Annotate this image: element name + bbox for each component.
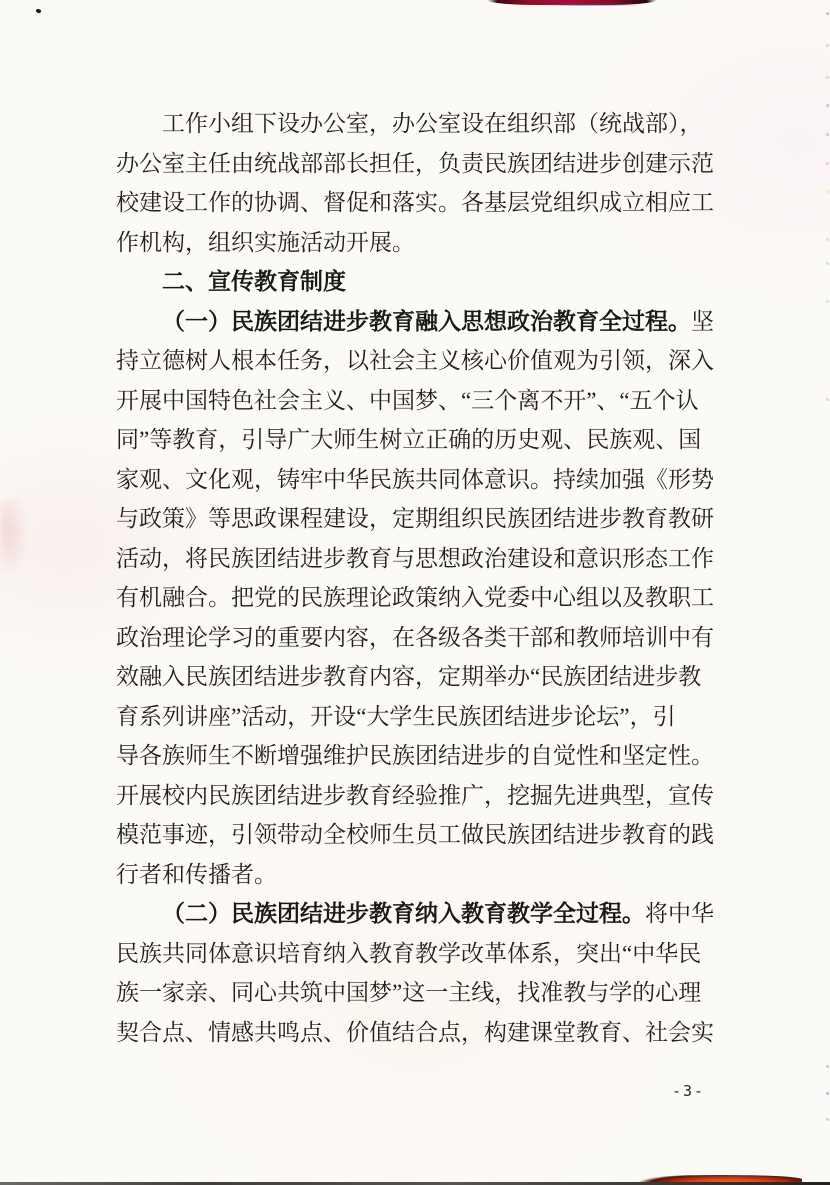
text-segment: 效融入民族团结进步教育内容，定期举办“民族团结进步教 xyxy=(116,664,701,689)
text-segment: 活动，将民族团结进步教育与思想政治建设和意识形态工作 xyxy=(116,546,714,571)
text-line: 开展中国特色社会主义、中国梦、“三个离不开”、“五个认 xyxy=(116,381,724,421)
text-segment: 行者和传播者。 xyxy=(116,862,277,887)
scan-noise-speck xyxy=(826,162,829,165)
text-line: 导各族师生不断增强维护民族团结进步的自觉性和坚定性。 xyxy=(116,736,724,776)
scan-noise-speck xyxy=(826,76,829,79)
text-line: 效融入民族团结进步教育内容，定期举办“民族团结进步教 xyxy=(116,657,724,697)
scan-edge-red-streak xyxy=(487,0,657,5)
text-line: （一）民族团结进步教育融入思想政治教育全过程。坚 xyxy=(116,302,724,342)
text-line: 活动，将民族团结进步教育与思想政治建设和意识形态工作 xyxy=(116,539,724,579)
text-line: 行者和传播者。 xyxy=(116,855,724,895)
text-segment: 导各族师生不断增强维护民族团结进步的自觉性和坚定性。 xyxy=(116,743,714,768)
text-line: 工作小组下设办公室，办公室设在组织部（统战部）， xyxy=(116,104,724,144)
scan-noise-speck xyxy=(826,300,829,303)
text-segment: 开展校内民族团结进步教育经验推广，挖掘先进典型，宣传 xyxy=(116,783,714,808)
text-segment: 同”等教育，引导广大师生树立正确的历史观、民族观、国 xyxy=(116,427,701,452)
scan-noise-speck xyxy=(826,398,829,401)
text-line: 与政策》等思政课程建设，定期组织民族团结进步教育教研 xyxy=(116,499,724,539)
text-segment: 将中华 xyxy=(645,901,714,926)
text-line: 作机构，组织实施活动开展。 xyxy=(116,223,724,263)
scan-noise-speck xyxy=(826,238,829,241)
page-number: -3- xyxy=(672,1082,705,1100)
document-body: 工作小组下设办公室，办公室设在组织部（统战部），办公室主任由统战部部长担任，负责… xyxy=(116,104,724,1052)
text-line: 办公室主任由统战部部长担任，负责民族团结进步创建示范 xyxy=(116,144,724,184)
scan-noise-speck xyxy=(826,44,829,47)
text-line: 育系列讲座”活动，开设“大学生民族团结进步论坛”，引 xyxy=(116,697,724,737)
text-line: 同”等教育，引导广大师生树立正确的历史观、民族观、国 xyxy=(116,420,724,460)
section-heading: 二、宣传教育制度 xyxy=(116,262,724,302)
pink-scan-smudge xyxy=(0,500,28,578)
scan-noise-speck xyxy=(826,1118,829,1121)
ink-speck-dot xyxy=(35,8,41,14)
text-segment: 模范事迹，引领带动全校师生员工做民族团结进步教育的践 xyxy=(116,822,714,847)
bold-text-segment: （一）民族团结进步教育融入思想政治教育全过程。 xyxy=(162,309,691,334)
text-segment: 坚 xyxy=(691,309,714,334)
bold-text-segment: 二、宣传教育制度 xyxy=(162,269,346,294)
scanned-page: 工作小组下设办公室，办公室设在组织部（统战部），办公室主任由统战部部长担任，负责… xyxy=(0,0,830,1185)
text-segment: 开展中国特色社会主义、中国梦、“三个离不开”、“五个认 xyxy=(116,388,699,413)
text-line: 开展校内民族团结进步教育经验推广，挖掘先进典型，宣传 xyxy=(116,776,724,816)
text-segment: 育系列讲座”活动，开设“大学生民族团结进步论坛”，引 xyxy=(116,704,676,729)
scan-noise-speck xyxy=(826,190,829,193)
scan-noise-speck xyxy=(826,1092,829,1095)
scan-noise-speck xyxy=(826,104,829,107)
scan-noise-speck xyxy=(826,262,829,265)
text-segment: 持立德树人根本任务，以社会主义核心价值观为引领，深入 xyxy=(116,348,714,373)
text-segment: 与政策》等思政课程建设，定期组织民族团结进步教育教研 xyxy=(116,506,714,531)
scan-noise-speck xyxy=(826,12,829,15)
text-line: 契合点、情感共鸣点、价值结合点，构建课堂教育、社会实 xyxy=(116,1013,724,1053)
text-segment: 校建设工作的协调、督促和落实。各基层党组织成立相应工 xyxy=(116,190,714,215)
text-line: （二）民族团结进步教育纳入教育教学全过程。将中华 xyxy=(116,894,724,934)
text-line: 持立德树人根本任务，以社会主义核心价值观为引领，深入 xyxy=(116,341,724,381)
text-segment: 家观、文化观，铸牢中华民族共同体意识。持续加强《形势 xyxy=(116,467,714,492)
text-line: 民族共同体意识培育纳入教育教学改革体系，突出“中华民 xyxy=(116,934,724,974)
text-line: 政治理论学习的重要内容，在各级各类干部和教师培训中有 xyxy=(116,618,724,658)
text-segment: 有机融合。把党的民族理论政策纳入党委中心组以及教职工 xyxy=(116,585,714,610)
bold-text-segment: （二）民族团结进步教育纳入教育教学全过程。 xyxy=(162,901,645,926)
text-line: 家观、文化观，铸牢中华民族共同体意识。持续加强《形势 xyxy=(116,460,724,500)
text-line: 族一家亲、同心共筑中国梦”这一主线，找准教与学的心理 xyxy=(116,973,724,1013)
text-segment: 族一家亲、同心共筑中国梦”这一主线，找准教与学的心理 xyxy=(116,980,701,1005)
text-line: 有机融合。把党的民族理论政策纳入党委中心组以及教职工 xyxy=(116,578,724,618)
text-line: 模范事迹，引领带动全校师生员工做民族团结进步教育的践 xyxy=(116,815,724,855)
text-segment: 契合点、情感共鸣点、价值结合点，构建课堂教育、社会实 xyxy=(116,1020,714,1045)
scan-noise-speck xyxy=(826,1065,829,1068)
scan-noise-speck xyxy=(826,133,829,136)
text-segment: 政治理论学习的重要内容，在各级各类干部和教师培训中有 xyxy=(116,625,714,650)
text-segment: 民族共同体意识培育纳入教育教学改革体系，突出“中华民 xyxy=(116,941,701,966)
text-segment: 办公室主任由统战部部长担任，负责民族团结进步创建示范 xyxy=(116,151,714,176)
text-line: 校建设工作的协调、督促和落实。各基层党组织成立相应工 xyxy=(116,183,724,223)
text-segment: 作机构，组织实施活动开展。 xyxy=(116,230,415,255)
text-segment: 工作小组下设办公室，办公室设在组织部（统战部）， xyxy=(162,111,703,136)
